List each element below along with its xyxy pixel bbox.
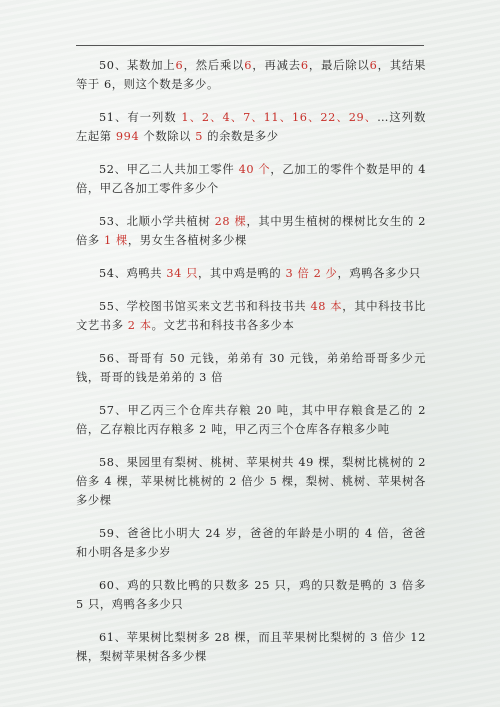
question-55: 55、学校图书馆买来文艺书和科技书共 48 本，其中科技书比文艺书多 2 本。文…: [76, 297, 426, 335]
question-text: 50、某数加上: [99, 59, 176, 72]
question-text: 的余数是多少: [203, 130, 279, 143]
question-text: ，其中鸡是鸭的: [198, 267, 285, 280]
question-59: 59、爸爸比小明大 24 岁，爸爸的年龄是小明的 4 倍，爸爸和小明各是多少岁: [76, 524, 426, 562]
question-text: 52、甲乙二人共加工零件: [99, 163, 239, 176]
highlighted-value: 28 棵: [215, 215, 247, 228]
question-text: 60、鸡的只数比鸭的只数多 25 只，鸡的只数是鸭的 3 倍多 5 只，鸡鸭各多…: [76, 579, 426, 611]
question-text: 。文艺书和科技书各多少本: [152, 319, 295, 332]
question-text: ，最后除以: [309, 59, 370, 72]
question-text: 51、有一列数: [99, 111, 181, 124]
question-text: 55、学校图书馆买来文艺书和科技书共: [99, 300, 310, 313]
header-rule: [76, 45, 424, 46]
question-text: 53、北顺小学共植树: [99, 215, 215, 228]
highlighted-value: 48 本: [310, 300, 342, 313]
question-51: 51、有一列数 1、2、4、7、11、16、22、29、…这列数左起第 994 …: [76, 108, 426, 146]
question-text: ，男女生各植树多少棵: [128, 234, 247, 247]
question-61: 61、苹果树比梨树多 28 棵，而且苹果树比梨树的 3 倍少 12 棵，梨树苹果…: [76, 628, 426, 666]
question-text: 54、鸡鸭共: [99, 267, 166, 280]
question-text: 56、哥哥有 50 元钱，弟弟有 30 元钱，弟弟给哥哥多少元钱，哥哥的钱是弟弟…: [76, 352, 426, 384]
question-53: 53、北顺小学共植树 28 棵，其中男生植树的棵树比女生的 2 倍多 1 棵，男…: [76, 212, 426, 250]
highlighted-value: 5: [195, 130, 203, 143]
highlighted-value: 34 只: [166, 267, 198, 280]
question-56: 56、哥哥有 50 元钱，弟弟有 30 元钱，弟弟给哥哥多少元钱，哥哥的钱是弟弟…: [76, 349, 426, 387]
highlighted-value: 40 个: [239, 163, 271, 176]
question-text: ，鸡鸭各多少只: [337, 267, 420, 280]
highlighted-value: 1 棵: [104, 234, 128, 247]
question-text: 57、甲乙丙三个仓库共存粮 20 吨，其中甲存粮食是乙的 2 倍，乙存粮比丙存粮…: [76, 404, 426, 436]
question-50: 50、某数加上6，然后乘以6，再减去6，最后除以6，其结果等于 6，则这个数是多…: [76, 56, 426, 94]
question-57: 57、甲乙丙三个仓库共存粮 20 吨，其中甲存粮食是乙的 2 倍，乙存粮比丙存粮…: [76, 401, 426, 439]
highlighted-value: 1、2、4、7、11、16、22、29、: [181, 111, 377, 124]
highlighted-value: 994: [116, 130, 139, 143]
question-text: 61、苹果树比梨树多 28 棵，而且苹果树比梨树的 3 倍少 12 棵，梨树苹果…: [76, 631, 426, 663]
question-text: 59、爸爸比小明大 24 岁，爸爸的年龄是小明的 4 倍，爸爸和小明各是多少岁: [76, 527, 426, 559]
question-60: 60、鸡的只数比鸭的只数多 25 只，鸡的只数是鸭的 3 倍多 5 只，鸡鸭各多…: [76, 576, 426, 614]
question-52: 52、甲乙二人共加工零件 40 个，乙加工的零件个数是甲的 4 倍，甲乙各加工零…: [76, 160, 426, 198]
question-text: ，再减去: [252, 59, 301, 72]
question-text: ，然后乘以: [183, 59, 244, 72]
highlighted-value: 6: [301, 59, 309, 72]
highlighted-value: 2 本: [128, 319, 152, 332]
question-58: 58、果园里有梨树、桃树、苹果树共 49 棵，梨树比桃树的 2 倍多 4 棵，苹…: [76, 453, 426, 510]
question-text: 58、果园里有梨树、桃树、苹果树共 49 棵，梨树比桃树的 2 倍多 4 棵，苹…: [76, 456, 426, 507]
highlighted-value: 3 倍 2 少: [286, 267, 338, 280]
highlighted-value: 6: [244, 59, 252, 72]
question-text: 个数除以: [139, 130, 195, 143]
question-54: 54、鸡鸭共 34 只，其中鸡是鸭的 3 倍 2 少，鸡鸭各多少只: [76, 264, 426, 283]
question-list: 50、某数加上6，然后乘以6，再减去6，最后除以6，其结果等于 6，则这个数是多…: [76, 56, 426, 666]
